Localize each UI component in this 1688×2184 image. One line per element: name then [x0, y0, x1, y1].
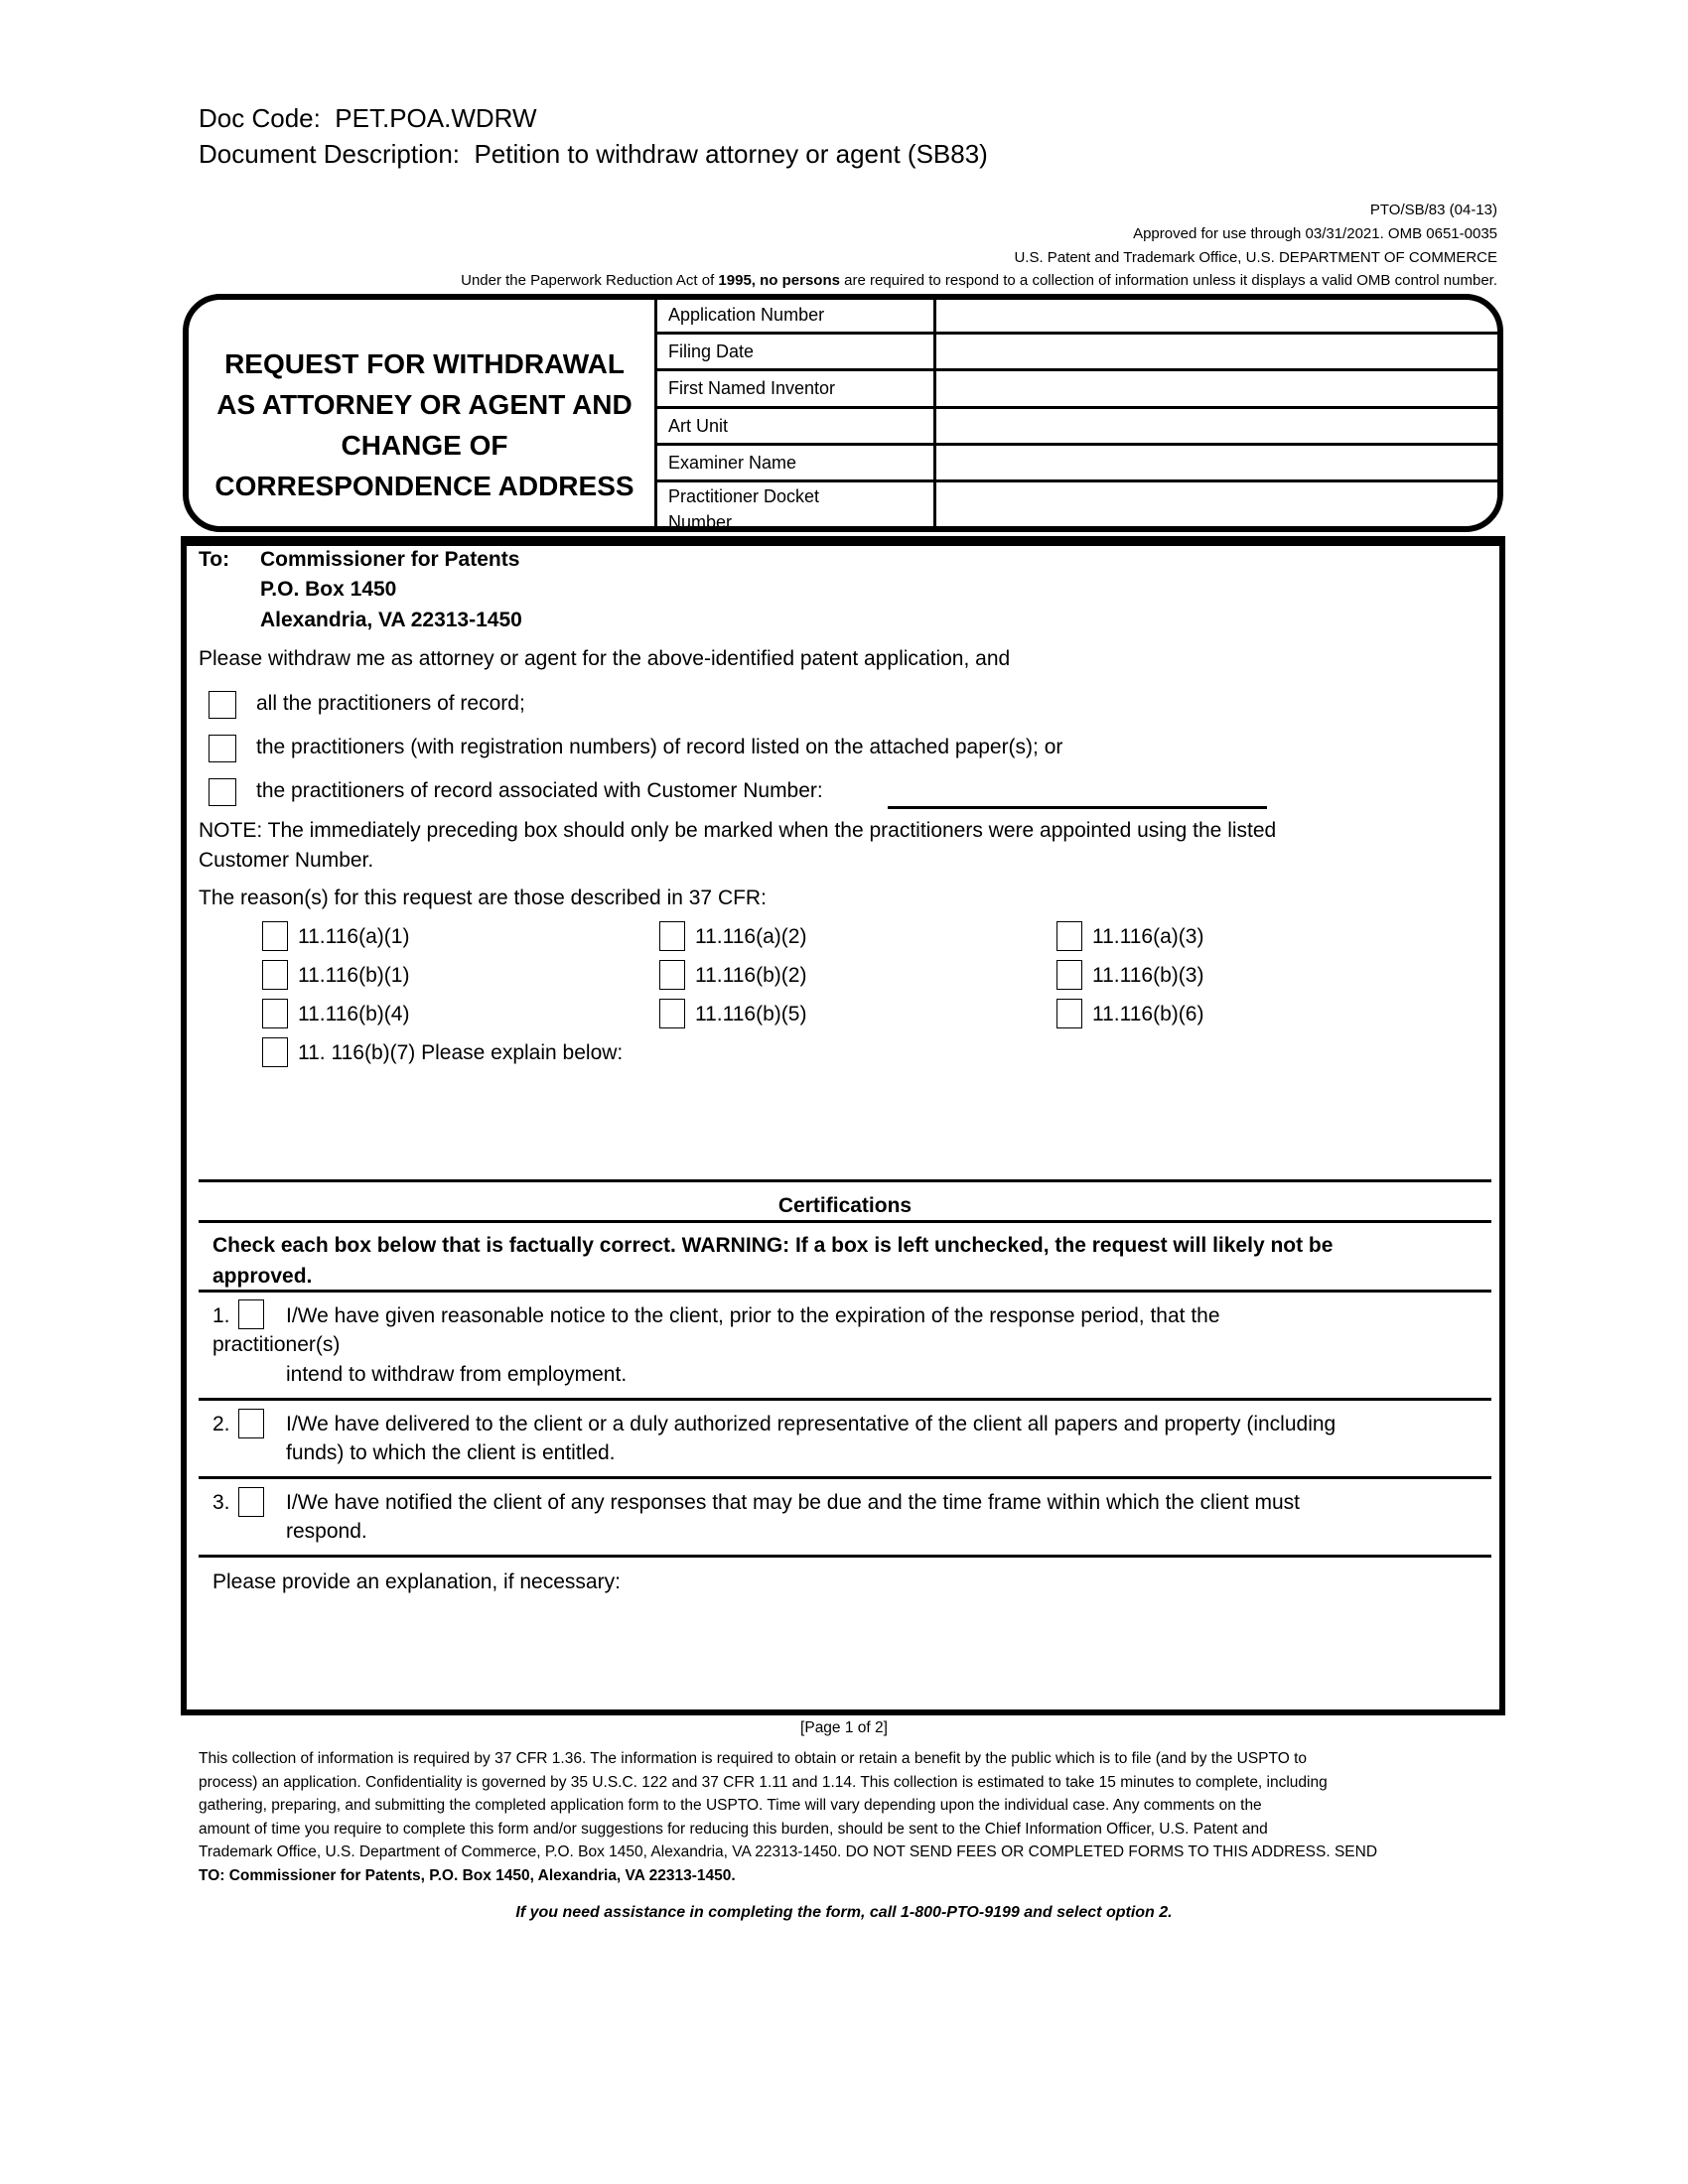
- reason-b1-checkbox[interactable]: [262, 960, 288, 990]
- note-line-1: NOTE: The immediately preceding box shou…: [199, 819, 1276, 843]
- title-line: CORRESPONDENCE ADDRESS: [199, 466, 650, 506]
- form-title: REQUEST FOR WITHDRAWAL AS ATTORNEY OR AG…: [199, 343, 650, 506]
- cert-3-checkbox[interactable]: [238, 1487, 264, 1517]
- cert-2-line-1: I/We have delivered to the client or a d…: [286, 1413, 1336, 1436]
- withdraw-option-label: the practitioners of record associated w…: [256, 779, 823, 803]
- field-practitioner-docket-number: Practitioner Docket Number: [654, 482, 1498, 534]
- agency-name: U.S. Patent and Trademark Office, U.S. D…: [1014, 249, 1497, 266]
- title-line: AS ATTORNEY OR AGENT AND: [199, 384, 650, 425]
- reason-label: 11.116(b)(2): [695, 964, 806, 988]
- field-label: First Named Inventor: [668, 375, 835, 401]
- cert-1-checkbox[interactable]: [238, 1299, 264, 1329]
- withdraw-customer-number-checkbox[interactable]: [209, 778, 236, 806]
- reason-b3-checkbox[interactable]: [1056, 960, 1082, 990]
- doc-code-value: PET.POA.WDRW: [335, 103, 536, 133]
- reason-b6-checkbox[interactable]: [1056, 999, 1082, 1028]
- reason-b5-checkbox[interactable]: [659, 999, 685, 1028]
- reason-label: 11. 116(b)(7) Please explain below:: [298, 1041, 623, 1065]
- reason-label: 11.116(a)(1): [298, 925, 409, 949]
- doc-desc-label: Document Description:: [199, 139, 460, 169]
- form-number: PTO/SB/83 (04-13): [1370, 202, 1497, 218]
- reason-label: 11.116(b)(1): [298, 964, 409, 988]
- cert-number: 1.: [212, 1304, 230, 1328]
- withdraw-option-label: all the practitioners of record;: [256, 692, 525, 716]
- first-named-inventor-input[interactable]: [938, 371, 1488, 406]
- application-number-input[interactable]: [938, 300, 1488, 332]
- cert-1-line-1: I/We have given reasonable notice to the…: [286, 1304, 1220, 1328]
- address-line-2: P.O. Box 1450: [260, 578, 396, 602]
- practitioner-docket-number-input[interactable]: [938, 482, 1488, 534]
- field-first-named-inventor: First Named Inventor: [654, 371, 1498, 409]
- reason-label: 11.116(b)(3): [1092, 964, 1203, 988]
- doc-code: Doc Code: PET.POA.WDRW: [199, 103, 537, 134]
- cert-number: 3.: [212, 1491, 230, 1515]
- customer-number-input[interactable]: [888, 782, 1267, 809]
- field-art-unit: Art Unit: [654, 409, 1498, 446]
- burden-line: process) an application. Confidentiality…: [199, 1771, 1509, 1795]
- reason-label: 11.116(a)(2): [695, 925, 806, 949]
- field-label: Practitioner Docket Number: [668, 483, 867, 535]
- cert-1-line-2: practitioner(s): [212, 1333, 340, 1357]
- reason-label: 11.116(b)(6): [1092, 1003, 1203, 1026]
- document-description: Document Description: Petition to withdr…: [199, 139, 988, 170]
- reason-label: 11.116(a)(3): [1092, 925, 1203, 949]
- field-label: Examiner Name: [668, 450, 796, 476]
- reason-b7-checkbox[interactable]: [262, 1037, 288, 1067]
- divider: [199, 1179, 1491, 1182]
- withdraw-intro: Please withdraw me as attorney or agent …: [199, 647, 1010, 671]
- field-filing-date: Filing Date: [654, 335, 1498, 371]
- field-examiner-name: Examiner Name: [654, 446, 1498, 482]
- field-label: Art Unit: [668, 413, 728, 439]
- reason-a2-checkbox[interactable]: [659, 921, 685, 951]
- certifications-heading: Certifications: [199, 1194, 1491, 1218]
- cert-2-checkbox[interactable]: [238, 1409, 264, 1438]
- reason-explanation-area[interactable]: [199, 1074, 1489, 1173]
- reason-label: 11.116(b)(4): [298, 1003, 409, 1026]
- reason-b4-checkbox[interactable]: [262, 999, 288, 1028]
- burden-line: gathering, preparing, and submitting the…: [199, 1794, 1509, 1818]
- divider: [199, 1555, 1491, 1558]
- explanation-input[interactable]: [212, 1600, 1483, 1700]
- paperwork-notice: Under the Paperwork Reduction Act of 199…: [461, 272, 1497, 289]
- burden-line: Trademark Office, U.S. Department of Com…: [199, 1841, 1509, 1864]
- paperwork-pre: Under the Paperwork Reduction Act of: [461, 272, 718, 289]
- divider: [199, 1220, 1491, 1223]
- note-line-2: Customer Number.: [199, 849, 373, 873]
- doc-desc-value: Petition to withdraw attorney or agent (…: [474, 139, 987, 169]
- reason-a1-checkbox[interactable]: [262, 921, 288, 951]
- filing-date-input[interactable]: [938, 335, 1488, 368]
- divider: [199, 1476, 1491, 1479]
- certifications-warning-line-2: approved.: [212, 1265, 312, 1289]
- cert-number: 2.: [212, 1413, 230, 1436]
- to-label: To:: [199, 548, 229, 572]
- examiner-name-input[interactable]: [938, 446, 1488, 479]
- certifications-warning-line-1: Check each box below that is factually c…: [212, 1234, 1333, 1258]
- divider: [199, 1290, 1491, 1293]
- omb-approval: Approved for use through 03/31/2021. OMB…: [1133, 225, 1497, 242]
- reasons-intro: The reason(s) for this request are those…: [199, 887, 767, 910]
- reason-a3-checkbox[interactable]: [1056, 921, 1082, 951]
- withdraw-listed-checkbox[interactable]: [209, 735, 236, 762]
- cert-2-line-2: funds) to which the client is entitled.: [286, 1441, 616, 1465]
- withdraw-option-label: the practitioners (with registration num…: [256, 736, 1062, 759]
- explanation-label: Please provide an explanation, if necess…: [212, 1570, 621, 1594]
- burden-send-to: TO: Commissioner for Patents, P.O. Box 1…: [199, 1864, 1509, 1888]
- field-application-number: Application Number: [654, 300, 1498, 335]
- doc-code-label: Doc Code:: [199, 103, 321, 133]
- field-label: Application Number: [668, 302, 824, 328]
- paperwork-post: are required to respond to a collection …: [840, 272, 1497, 289]
- page-indicator: [Page 1 of 2]: [0, 1719, 1688, 1737]
- assistance-note: If you need assistance in completing the…: [0, 1904, 1688, 1922]
- title-line: REQUEST FOR WITHDRAWAL: [199, 343, 650, 384]
- reason-b2-checkbox[interactable]: [659, 960, 685, 990]
- cert-3-line-1: I/We have notified the client of any res…: [286, 1491, 1300, 1515]
- withdraw-all-checkbox[interactable]: [209, 691, 236, 719]
- title-line: CHANGE OF: [199, 425, 650, 466]
- burden-statement: This collection of information is requir…: [199, 1747, 1509, 1887]
- art-unit-input[interactable]: [938, 409, 1488, 443]
- address-line-3: Alexandria, VA 22313-1450: [260, 609, 522, 632]
- reason-label: 11.116(b)(5): [695, 1003, 806, 1026]
- burden-line: This collection of information is requir…: [199, 1747, 1509, 1771]
- divider: [199, 1398, 1491, 1401]
- cert-3-line-2: respond.: [286, 1520, 367, 1544]
- burden-line: amount of time you require to complete t…: [199, 1818, 1509, 1842]
- address-line-1: Commissioner for Patents: [260, 548, 519, 572]
- paperwork-bold: 1995, no persons: [718, 272, 840, 289]
- field-label: Filing Date: [668, 339, 754, 364]
- cert-1-line-3: intend to withdraw from employment.: [286, 1363, 627, 1387]
